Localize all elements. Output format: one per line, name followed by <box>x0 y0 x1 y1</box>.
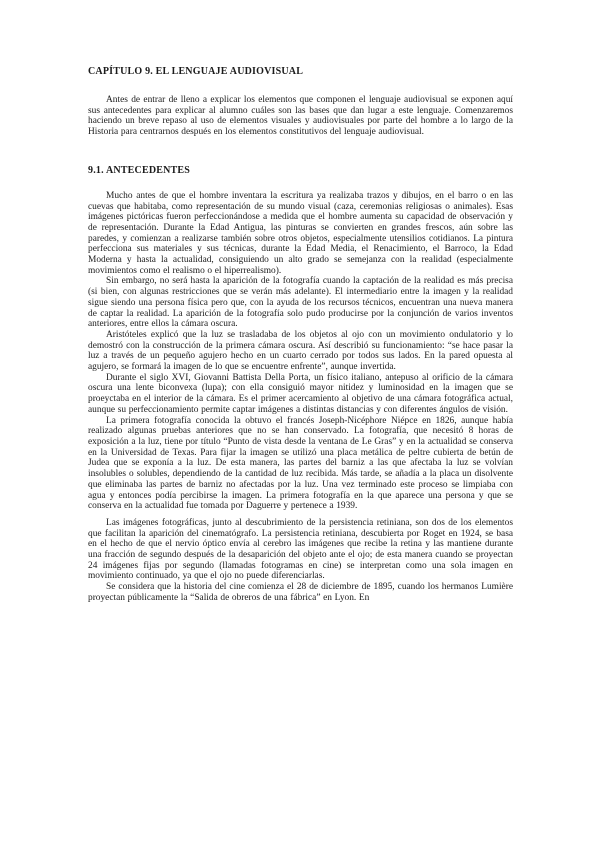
chapter-heading: CAPÍTULO 9. EL LENGUAJE AUDIOVISUAL <box>88 66 513 78</box>
paragraph-antecedentes-4: Durante el siglo XVI, Giovanni Battista … <box>88 373 513 416</box>
paragraph-antecedentes-2: Sin embargo, no será hasta la aparición … <box>88 276 513 330</box>
document-page: CAPÍTULO 9. EL LENGUAJE AUDIOVISUAL Ante… <box>0 0 599 848</box>
intro-paragraph: Antes de entrar de lleno a explicar los … <box>88 95 513 138</box>
section-heading: 9.1. ANTECEDENTES <box>88 165 513 177</box>
paragraph-antecedentes-7: Se considera que la historia del cine co… <box>88 582 513 603</box>
paragraph-antecedentes-5: La primera fotografía conocida la obtuvo… <box>88 416 513 512</box>
paragraph-antecedentes-3: Aristóteles explicó que la luz se trasla… <box>88 330 513 373</box>
paragraph-antecedentes-1: Mucho antes de que el hombre inventara l… <box>88 191 513 277</box>
paragraph-antecedentes-6: Las imágenes fotográficas, junto al desc… <box>88 518 513 582</box>
